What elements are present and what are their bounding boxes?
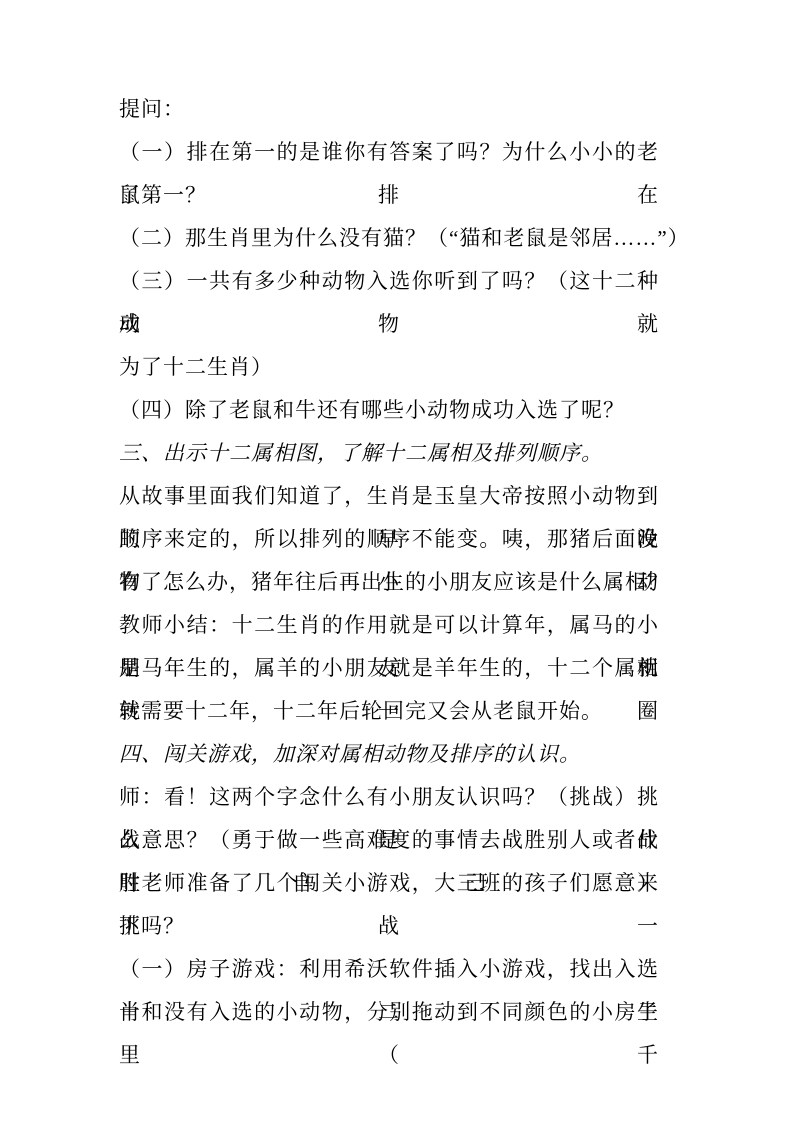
text-line: 物了怎么办，猪年往后再出生的小朋友应该是什么属相？ [119,561,659,604]
text-line: 是马年生的，属羊的小朋友就是羊年生的，十二个属相转一圈 [119,647,659,690]
text-line: 教师小结：十二生肖的作用就是可以计算年，属马的小朋友就 [119,604,659,647]
text-line: 时老师准备了几个闯关小游戏，大三班的孩子们愿意来挑战一 [119,862,659,905]
text-line: （一）排在第一的是谁你有答案了吗？为什么小小的老鼠排在 [119,131,659,174]
text-line: 么意思？（勇于做一些高难度的事情去战胜别人或者战胜自己） [119,819,659,862]
text-line: （三）一共有多少种动物入选你听到了吗？（这十二种动物就 [119,260,659,303]
section-heading: 三、出示十二属相图，了解十二属相及排列顺序。 [119,432,659,475]
text-line: （一）房子游戏：利用希沃软件插入小游戏，找出入选十二生 [119,948,659,991]
section-heading: 四、闯关游戏，加深对属相动物及排序的认识。 [119,733,659,776]
text-block: 提问： （一）排在第一的是谁你有答案了吗？为什么小小的老鼠排在 了第一？ （二）… [119,88,659,1034]
text-line: 为了十二生肖） [119,346,659,389]
text-line: （四）除了老鼠和牛还有哪些小动物成功入选了呢？ [119,389,659,432]
text-line: 师：看！这两个字念什么有小朋友认识吗？（挑战）挑战是什 [119,776,659,819]
text-line: 提问： [119,88,659,131]
text-line: （二）那生肖里为什么没有猫？（“猫和老鼠是邻居……”） [119,217,659,260]
text-line: 从故事里面我们知道了，生肖是玉皇大帝按照小动物到的早晚 [119,475,659,518]
document-page: 提问： （一）排在第一的是谁你有答案了吗？为什么小小的老鼠排在 了第一？ （二）… [0,0,794,1123]
text-line: 就需要十二年，十二年后轮回完又会从老鼠开始。 [119,690,659,733]
text-line: 顺序来定的，所以排列的顺序不能变。咦，那猪后面没有小动 [119,518,659,561]
text-line: 肖和没有入选的小动物，分别拖动到不同颜色的小房子里（千 [119,991,659,1034]
